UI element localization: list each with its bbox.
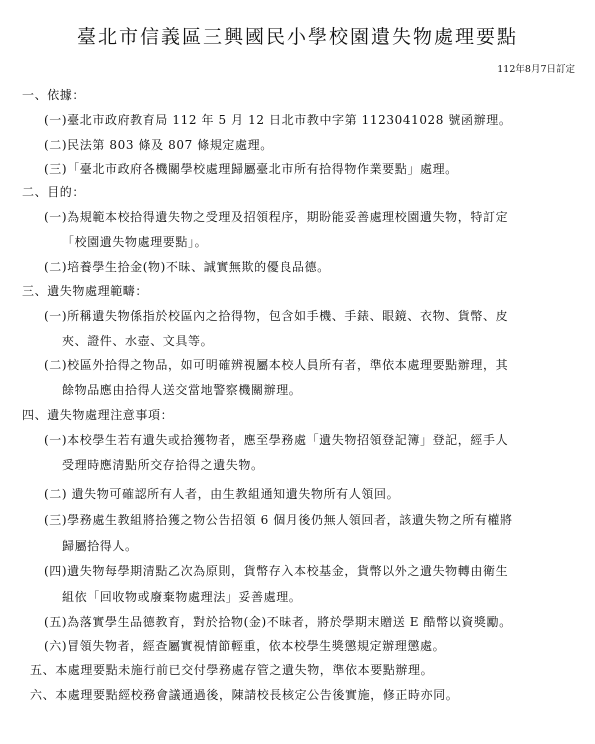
list-item-continuation: 歸屬拾得人。 xyxy=(62,537,138,554)
list-item: (四)遺失物每學期清點乙次為原則，貨幣存入本校基金，貨幣以外之遺失物轉由衛生 xyxy=(44,562,508,579)
list-item-continuation: 「校園遺失物處理要點」。 xyxy=(62,233,207,250)
list-item: (二)校區外拾得之物品，如可明確辨視屬本校人員所有者，準依本處理要點辦理，其 xyxy=(44,356,508,373)
section-heading: 五、本處理要點未施行前已交付學務處存管之遺失物，準依本要點辦理。 xyxy=(30,661,433,678)
list-item: (三)「臺北市政府各機關學校處理歸屬臺北市所有拾得物作業要點」處理。 xyxy=(44,160,458,177)
list-item: (一)本校學生若有遺失或拾獲物者，應至學務處「遺失物招領登記簿」登記，經手人 xyxy=(44,431,508,448)
list-item-continuation: 組依「回收物或廢棄物處理法」妥善處理。 xyxy=(62,588,301,605)
section-heading: 三、遺失物處理範疇： xyxy=(22,282,148,299)
enactment-date: 112年8月7日訂定 xyxy=(497,61,575,75)
section-heading: 一、依據： xyxy=(22,86,85,103)
section-heading: 四、遺失物處理注意事項： xyxy=(22,406,173,423)
list-item-continuation: 夾、證件、水壺、文具等。 xyxy=(62,332,213,349)
section-heading: 二、目的： xyxy=(22,183,85,200)
section-heading: 六、本處理要點經校務會議通過後，陳請校長核定公告後實施，修正時亦同。 xyxy=(30,686,458,703)
list-item-continuation: 受理時應清點所交存拾得之遺失物。 xyxy=(62,456,264,473)
list-item-continuation: 餘物品應由拾得人送交當地警察機關辦理。 xyxy=(62,381,301,398)
list-item: (一)所稱遺失物係指於校區內之拾得物，包含如手機、手錶、眼鏡、衣物、貨幣、皮 xyxy=(44,307,508,324)
list-item: (一)為規範本校拾得遺失物之受理及招領程序，期盼能妥善處理校園遺失物，特訂定 xyxy=(44,208,508,225)
list-item: (五)為落實學生品德教育，對於拾物(金)不昧者，將於學期末贈送 E 酷幣以資獎勵… xyxy=(44,613,512,630)
document-title: 臺北市信義區三興國民小學校園遺失物處理要點 xyxy=(0,22,595,49)
list-item: (二)培養學生拾金(物)不昧、誠實無欺的優良品德。 xyxy=(44,258,330,275)
list-item: (一)臺北市政府教育局 112 年 5 月 12 日北市教中字第 1123041… xyxy=(44,111,511,128)
list-item: (三)學務處生教組將拾獲之物公告招領 6 個月後仍無人領回者，該遺失物之所有權將 xyxy=(44,511,513,528)
list-item: (二)民法第 803 條及 807 條規定處理。 xyxy=(44,136,273,153)
list-item: (二) 遺失物可確認所有人者，由生教組通知遺失物所有人領回。 xyxy=(44,485,399,502)
list-item: (六)冒領失物者，經查屬實視情節輕重，依本校學生獎懲規定辦理懲處。 xyxy=(44,637,445,654)
